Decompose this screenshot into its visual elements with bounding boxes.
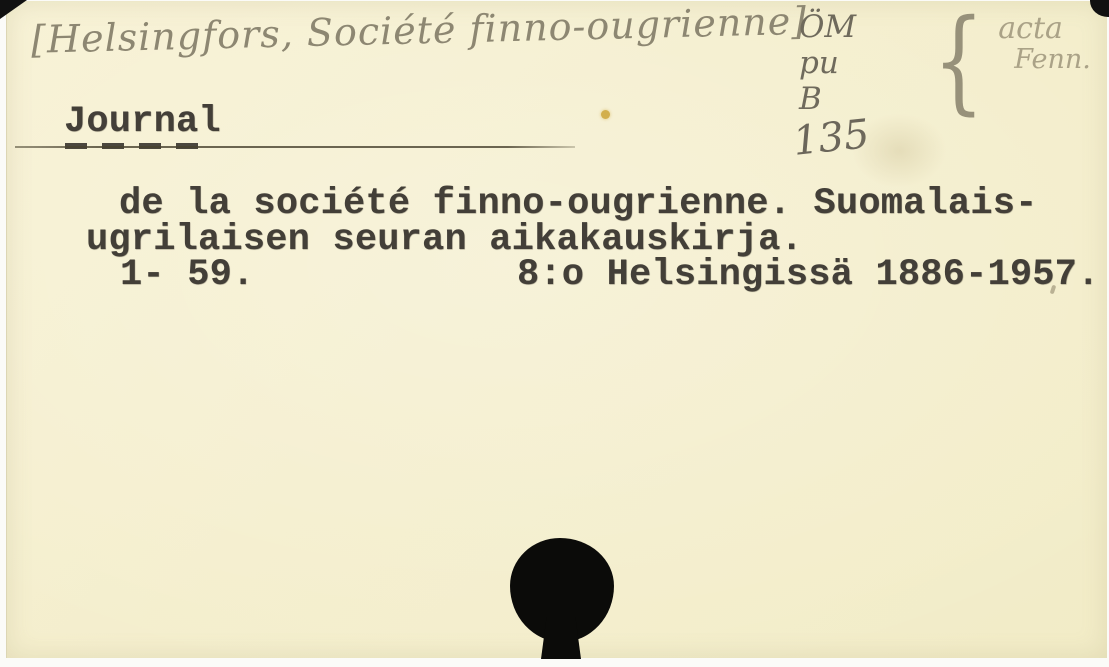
series-note-line-1: acta bbox=[998, 13, 1091, 45]
handwritten-heading: [Helsingfors, Société finno-ougrienne] bbox=[31, 0, 752, 62]
ink-dot bbox=[601, 110, 610, 119]
series-note: { acta Fenn. ] bbox=[923, 5, 1109, 123]
open-brace-mark: { bbox=[933, 5, 984, 117]
scanned-catalog-card: [Helsingfors, Société finno-ougrienne] Ö… bbox=[0, 0, 1109, 667]
shelfmark-line-1: ÖM bbox=[799, 9, 869, 45]
paper-stain bbox=[852, 113, 947, 188]
series-note-text: acta Fenn. bbox=[998, 13, 1091, 75]
holdings-statement: 1- 59. bbox=[120, 257, 254, 294]
series-note-line-2: Fenn. bbox=[1014, 45, 1091, 75]
shelfmark-line-2: pu bbox=[799, 45, 869, 81]
body-line-1: de la société finno-ougrienne. Suomalais… bbox=[119, 186, 1038, 223]
close-bracket-mark: ] bbox=[1104, 5, 1109, 123]
ruled-line bbox=[15, 146, 575, 148]
imprint-statement: 8:o Helsingissä 1886-1957. bbox=[517, 257, 1100, 294]
punch-hole-stem bbox=[541, 617, 581, 659]
title-heading: Journal bbox=[64, 104, 221, 141]
catalog-card: [Helsingfors, Société finno-ougrienne] Ö… bbox=[6, 1, 1107, 658]
